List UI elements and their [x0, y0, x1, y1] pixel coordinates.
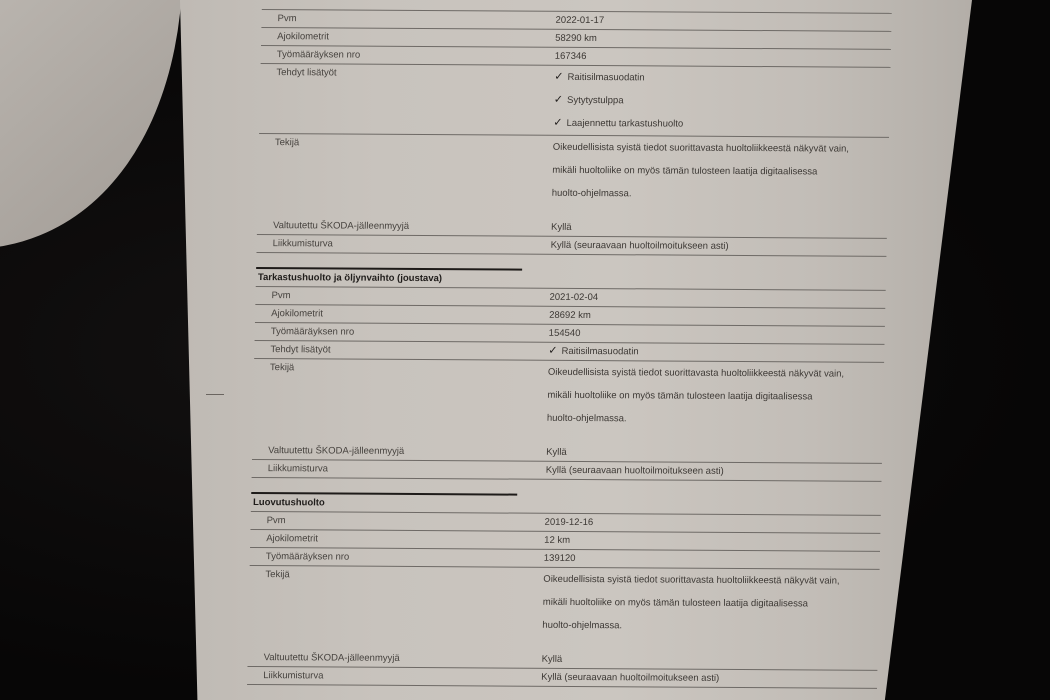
- label: Pvm: [255, 287, 549, 306]
- label: Tehdyt lisätyöt: [260, 64, 554, 83]
- row-maker: Tekijä Oikeudellisista syistä tiedot suo…: [248, 566, 879, 639]
- row-mobility: Liikkumisturva Kyllä (seuraavaan huoltoi…: [247, 667, 877, 689]
- maker-line: Oikeudellisista syistä tiedot suorittava…: [553, 136, 889, 161]
- value: 167346: [555, 48, 891, 67]
- extra-work-list: ✓Raitisilmasuodatin: [548, 343, 884, 362]
- label: Työmääräyksen nro: [261, 46, 555, 65]
- label: Ajokilometrit: [261, 28, 555, 47]
- maker-line: Oikeudellisista syistä tiedot suorittava…: [543, 568, 879, 593]
- label: Pvm: [261, 10, 555, 29]
- row-mobility: Liikkumisturva Kyllä (seuraavaan huoltoi…: [252, 460, 882, 482]
- label: Liikkumisturva: [247, 667, 541, 686]
- row-maker: Tekijä Oikeudellisista syistä tiedot suo…: [258, 134, 889, 207]
- value: Kyllä: [551, 219, 887, 238]
- value: Kyllä (seuraavaan huoltoilmoitukseen ast…: [541, 669, 877, 688]
- label: Tekijä: [259, 134, 553, 153]
- service-entry-2022: Pvm 2022-01-17 Ajokilometrit 58290 km Ty…: [256, 9, 891, 257]
- extra-work-item: ✓Raitisilmasuodatin: [554, 66, 890, 91]
- label: Tekijä: [249, 566, 543, 585]
- label: Ajokilometrit: [250, 530, 544, 549]
- value: Kyllä (seuraavaan huoltoilmoitukseen ast…: [546, 462, 882, 481]
- label: Liikkumisturva: [257, 235, 551, 254]
- label: Tehdyt lisätyöt: [254, 341, 548, 360]
- check-icon: ✓: [553, 117, 562, 129]
- service-entry-2021: Tarkastushuolto ja öljynvaihto (joustava…: [252, 267, 887, 482]
- value: Kyllä: [541, 651, 877, 670]
- value: Kyllä: [546, 444, 882, 463]
- maker-line: huolto-ohjelmassa.: [552, 182, 888, 207]
- label: Valtuutettu ŠKODA-jälleenmyyjä: [247, 649, 541, 668]
- row-mobility: Liikkumisturva Kyllä (seuraavaan huoltoi…: [256, 235, 886, 257]
- label: Tekijä: [254, 359, 548, 378]
- row-extra-work: Tehdyt lisätyöt ✓Raitisilmasuodatin ✓Syt…: [259, 64, 890, 138]
- check-icon: ✓: [548, 345, 557, 357]
- item-text: Raitisilmasuodatin: [561, 346, 638, 357]
- maker-line: mikäli huoltoliike on myös tämän tuloste…: [552, 159, 888, 184]
- maker-text: Oikeudellisista syistä tiedot suorittava…: [552, 136, 889, 207]
- value: Kyllä (seuraavaan huoltoilmoitukseen ast…: [550, 237, 886, 256]
- label: Valtuutettu ŠKODA-jälleenmyyjä: [252, 442, 546, 461]
- extra-work-item: ✓Laajennettu tarkastushuolto: [553, 112, 889, 137]
- check-icon: ✓: [554, 94, 563, 106]
- label: Pvm: [250, 512, 544, 531]
- label: Työmääräyksen nro: [250, 548, 544, 567]
- maker-line: huolto-ohjelmassa.: [542, 614, 878, 639]
- row-maker: Tekijä Oikeudellisista syistä tiedot suo…: [253, 359, 884, 432]
- label: Liikkumisturva: [252, 460, 546, 479]
- maker-text: Oikeudellisista syistä tiedot suorittava…: [542, 568, 879, 639]
- value: 2022-01-17: [555, 12, 891, 31]
- label: Ajokilometrit: [255, 305, 549, 324]
- label: Valtuutettu ŠKODA-jälleenmyyjä: [257, 217, 551, 236]
- margin-mark: [206, 394, 224, 395]
- maker-line: Oikeudellisista syistä tiedot suorittava…: [548, 361, 884, 386]
- value: 139120: [544, 550, 880, 569]
- maker-line: mikäli huoltoliike on myös tämän tuloste…: [547, 384, 883, 409]
- maker-line: mikäli huoltoliike on myös tämän tuloste…: [543, 591, 879, 616]
- service-history-document: Pvm 2022-01-17 Ajokilometrit 58290 km Ty…: [247, 0, 892, 689]
- photo-scene: Pvm 2022-01-17 Ajokilometrit 58290 km Ty…: [0, 0, 1050, 700]
- value: 12 km: [544, 532, 880, 551]
- item-text: Laajennettu tarkastushuolto: [566, 118, 683, 130]
- value: 154540: [549, 325, 885, 344]
- extra-work-item: ✓Sytytystulppa: [554, 89, 890, 114]
- extra-work-list: ✓Raitisilmasuodatin ✓Sytytystulppa ✓Laaj…: [553, 66, 890, 137]
- value: 28692 km: [549, 307, 885, 326]
- maker-text: Oikeudellisista syistä tiedot suorittava…: [547, 361, 884, 432]
- check-icon: ✓: [554, 71, 563, 83]
- label: Työmääräyksen nro: [255, 323, 549, 342]
- item-text: Raitisilmasuodatin: [567, 72, 644, 83]
- service-entry-2019: Luovutushuolto Pvm 2019-12-16 Ajokilomet…: [247, 492, 881, 689]
- value: 58290 km: [555, 30, 891, 49]
- item-text: Sytytystulppa: [567, 95, 624, 106]
- value: 2021-02-04: [549, 289, 885, 308]
- maker-line: huolto-ohjelmassa.: [547, 407, 883, 432]
- value: 2019-12-16: [544, 514, 880, 533]
